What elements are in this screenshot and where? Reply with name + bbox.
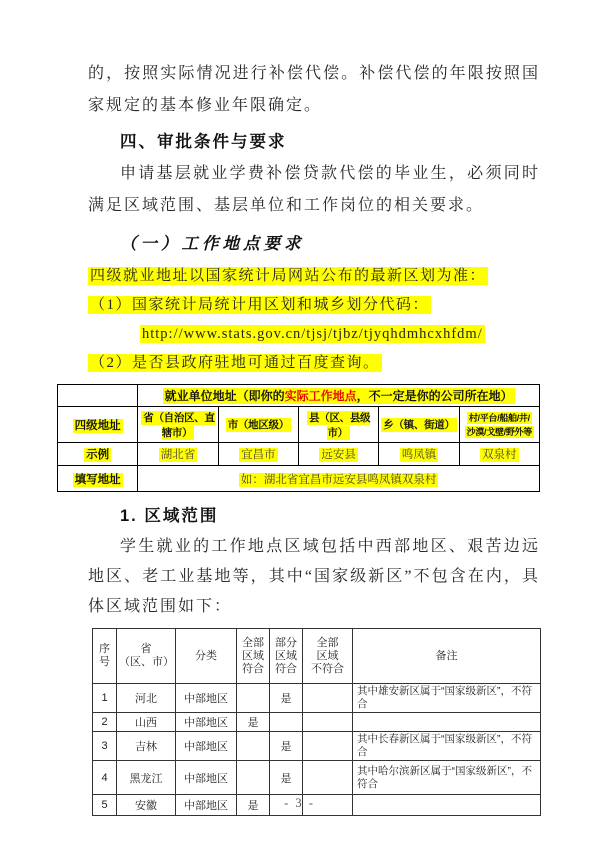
col-header-no-match: 全部 区域 不符合 xyxy=(303,629,353,684)
cell-category: 中部地区 xyxy=(176,761,237,795)
address-table-blank-cell xyxy=(58,385,138,407)
cell-no: 3 xyxy=(93,732,117,761)
table-row: 1 河北 中部地区 是 其中雄安新区属于“国家级新区”，不符合 xyxy=(93,684,541,713)
cell-none xyxy=(303,761,353,795)
region-scope-heading: 1. 区域范围 xyxy=(88,500,540,532)
region-table: 序 号 省 （区、市） 分类 全部 区域 符合 部分 区域 符合 全部 区域 不… xyxy=(92,628,541,816)
cell-full xyxy=(237,761,270,795)
body-paragraph-requirements: 申请基层就业学费补偿贷款代偿的毕业生，必须同时满足区域范围、基层单位和工作岗位的… xyxy=(88,158,540,222)
address-table-title: 就业单位地址（即你的实际工作地点，不一定是你的公司所在地） xyxy=(163,388,515,404)
example-county: 远安县 xyxy=(298,443,378,466)
cell-province: 黑龙江 xyxy=(117,761,176,795)
cell-province: 河北 xyxy=(117,684,176,713)
highlight-text-3: （2）是否县政府驻地可通过百度查询。 xyxy=(88,354,382,372)
table-row: 2 山西 中部地区 是 xyxy=(93,713,541,732)
table-row: 4 黑龙江 中部地区 是 其中哈尔滨新区属于“国家级新区”，不符合 xyxy=(93,761,541,795)
example-village: 双泉村 xyxy=(459,443,539,466)
cell-remark xyxy=(353,713,541,732)
cell-remark: 其中长春新区属于“国家级新区”，不符合 xyxy=(353,732,541,761)
col-header-full-match: 全部 区域 符合 xyxy=(237,629,270,684)
highlight-line-url: http://www.stats.gov.cn/tjsj/tjbz/tjyqhd… xyxy=(88,320,540,349)
cell-partial xyxy=(270,713,303,732)
cell-category: 中部地区 xyxy=(176,713,237,732)
body-paragraph-region: 学生就业的工作地点区域包括中西部地区、艰苦边远地区、老工业基地等，其中“国家级新… xyxy=(88,532,540,622)
cell-province: 吉林 xyxy=(117,732,176,761)
address-table-fill-row: 填写地址 如：湖北省宜昌市远安县鸣凤镇双泉村 xyxy=(58,466,540,492)
section-heading-4: 四、审批条件与要求 xyxy=(88,126,540,158)
page-content: 的，按照实际情况进行补偿代偿。补偿代偿的年限按照国家规定的基本修业年限确定。 四… xyxy=(0,0,599,816)
sub-heading-work-location: （一）工作地点要求 xyxy=(88,228,540,260)
cell-remark: 其中哈尔滨新区属于“国家级新区”，不符合 xyxy=(353,761,541,795)
cell-partial: 是 xyxy=(270,761,303,795)
cell-partial: 是 xyxy=(270,684,303,713)
cell-none xyxy=(303,713,353,732)
fill-address-example: 如：湖北省宜昌市远安县鸣凤镇双泉村 xyxy=(138,466,540,492)
address-table-example-row: 示例 湖北省 宜昌市 远安县 鸣凤镇 双泉村 xyxy=(58,443,540,466)
table-row: 3 吉林 中部地区 是 其中长春新区属于“国家级新区”，不符合 xyxy=(93,732,541,761)
row-label-fill-address: 填写地址 xyxy=(58,466,138,492)
page-number: - 3 - xyxy=(0,796,599,811)
example-province: 湖北省 xyxy=(138,443,218,466)
address-table-title-cell: 就业单位地址（即你的实际工作地点，不一定是你的公司所在地） xyxy=(138,385,540,407)
highlight-text-1: 四级就业地址以国家统计局网站公布的最新区划为准： xyxy=(88,267,488,285)
cell-no: 4 xyxy=(93,761,117,795)
cell-full xyxy=(237,684,270,713)
red-emphasis-text: 实际工作地点 xyxy=(285,389,357,403)
cell-full xyxy=(237,732,270,761)
example-town: 鸣凤镇 xyxy=(379,443,459,466)
cell-partial: 是 xyxy=(270,732,303,761)
col-header-partial-match: 部分 区域 符合 xyxy=(270,629,303,684)
level-city: 市（地区级） xyxy=(218,407,298,443)
cell-remark: 其中雄安新区属于“国家级新区”，不符合 xyxy=(353,684,541,713)
address-table-levels-row: 四级地址 省（自治区、直辖市） 市（地区级） 县（区、县级市） 乡（镇、街道） … xyxy=(58,407,540,443)
document-page: 的，按照实际情况进行补偿代偿。补偿代偿的年限按照国家规定的基本修业年限确定。 四… xyxy=(0,0,599,848)
level-village: 村/平台/船舶/井/ 沙漠/戈壁/野外等 xyxy=(459,407,539,443)
cell-full: 是 xyxy=(237,713,270,732)
col-header-category: 分类 xyxy=(176,629,237,684)
highlight-text-2: （1）国家统计局统计用区划和城乡划分代码： xyxy=(88,296,431,314)
highlight-line-3: （2）是否县政府驻地可通过百度查询。 xyxy=(88,349,540,378)
example-city: 宜昌市 xyxy=(218,443,298,466)
cell-none xyxy=(303,684,353,713)
row-label-example: 示例 xyxy=(58,443,138,466)
address-table-header-row: 就业单位地址（即你的实际工作地点，不一定是你的公司所在地） xyxy=(58,385,540,407)
highlight-line-1: 四级就业地址以国家统计局网站公布的最新区划为准： xyxy=(88,262,540,291)
level-county: 县（区、县级市） xyxy=(298,407,378,443)
body-paragraph-continued: 的，按照实际情况进行补偿代偿。补偿代偿的年限按照国家规定的基本修业年限确定。 xyxy=(88,58,540,122)
col-header-province: 省 （区、市） xyxy=(117,629,176,684)
highlight-line-2: （1）国家统计局统计用区划和城乡划分代码： xyxy=(88,291,540,320)
region-table-header-row: 序 号 省 （区、市） 分类 全部 区域 符合 部分 区域 符合 全部 区域 不… xyxy=(93,629,541,684)
cell-no: 1 xyxy=(93,684,117,713)
cell-none xyxy=(303,732,353,761)
col-header-no: 序 号 xyxy=(93,629,117,684)
address-table: 就业单位地址（即你的实际工作地点，不一定是你的公司所在地） 四级地址 省（自治区… xyxy=(57,384,540,492)
cell-category: 中部地区 xyxy=(176,732,237,761)
cell-category: 中部地区 xyxy=(176,684,237,713)
col-header-remark: 备注 xyxy=(353,629,541,684)
level-province: 省（自治区、直辖市） xyxy=(138,407,218,443)
cell-no: 2 xyxy=(93,713,117,732)
level-town: 乡（镇、街道） xyxy=(379,407,459,443)
stats-gov-url-link[interactable]: http://www.stats.gov.cn/tjsj/tjbz/tjyqhd… xyxy=(140,325,485,343)
row-label-four-level-address: 四级地址 xyxy=(58,407,138,443)
cell-province: 山西 xyxy=(117,713,176,732)
